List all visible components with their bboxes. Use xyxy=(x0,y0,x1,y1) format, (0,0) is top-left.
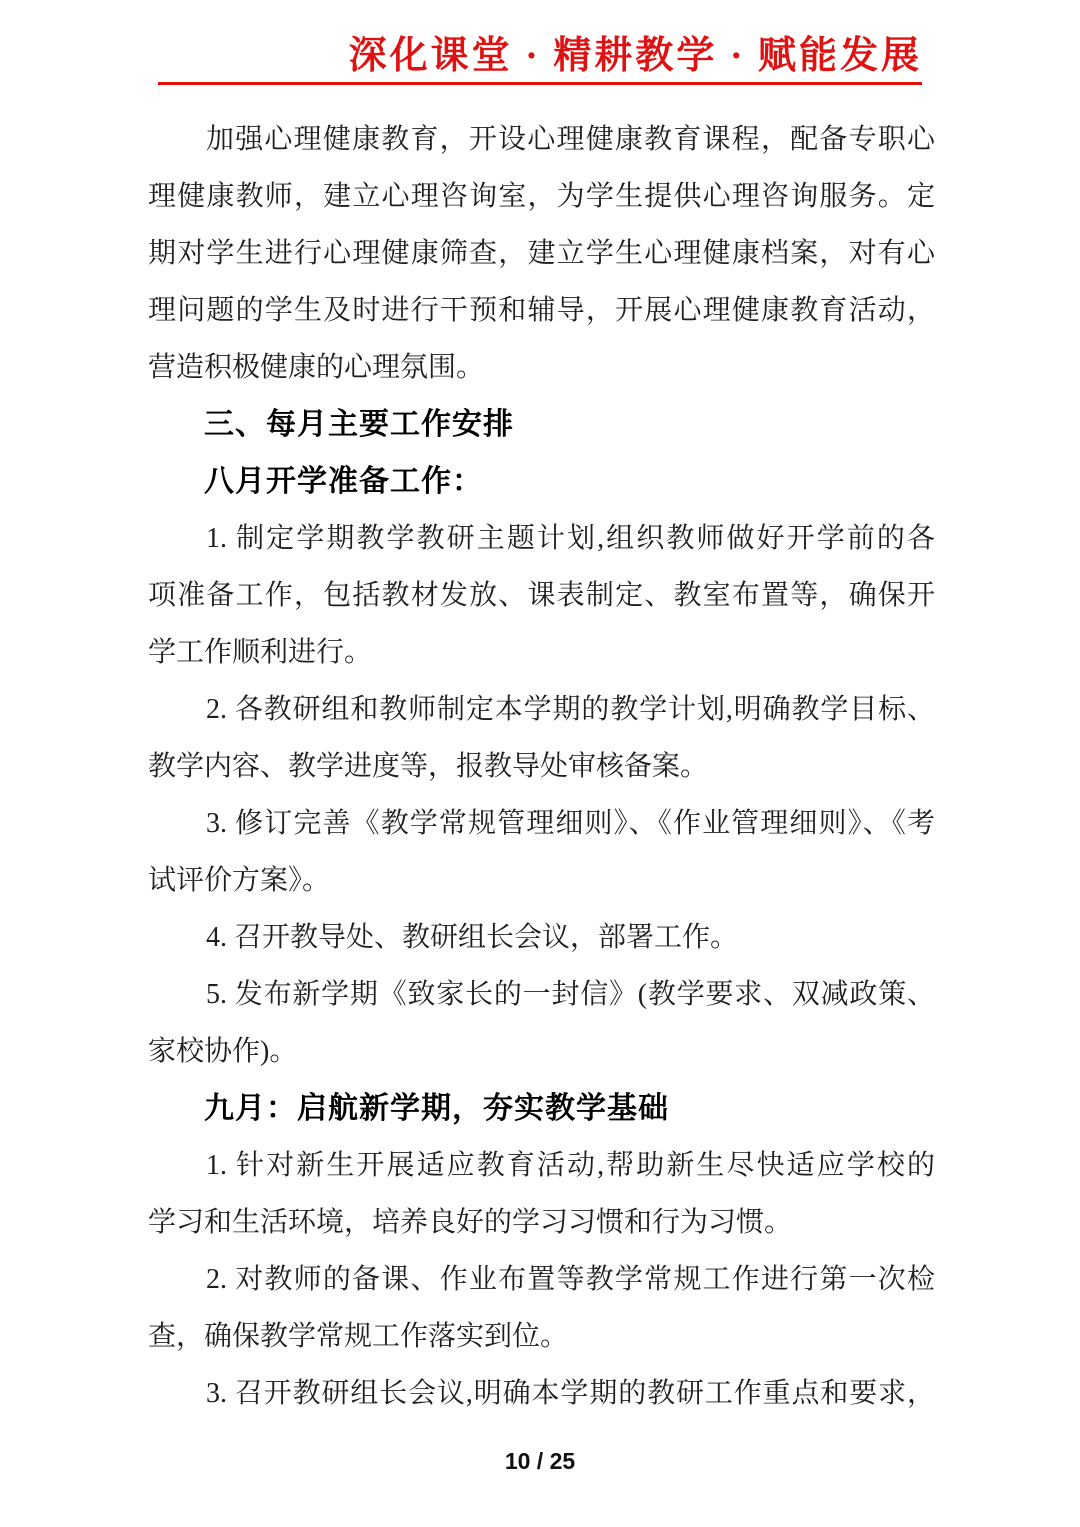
document-body: 加强心理健康教育，开设心理健康教育课程，配备专职心理健康教师，建立心理咨询室，为… xyxy=(148,111,935,1422)
text-line: 学习和生活环境，培养良好的学习习惯和行为习惯。 xyxy=(148,1194,935,1251)
header-underline xyxy=(158,82,922,85)
text-line: 4. 召开教导处、教研组长会议，部署工作。 xyxy=(148,909,935,966)
section-heading: 三、每月主要工作安排 xyxy=(148,396,935,453)
text-line: 2. 各教研组和教师制定本学期的教学计划,明确教学目标、 xyxy=(148,681,935,738)
text-line: 项准备工作，包括教材发放、课表制定、教室布置等，确保开 xyxy=(148,567,935,624)
section-heading: 八月开学准备工作： xyxy=(148,453,935,510)
text-line: 2. 对教师的备课、作业布置等教学常规工作进行第一次检 xyxy=(148,1251,935,1308)
header-title: 深化课堂 · 精耕教学 · 赋能发展 xyxy=(158,30,922,82)
text-line: 营造积极健康的心理氛围。 xyxy=(148,339,935,396)
page-number: 10 / 25 xyxy=(505,1448,575,1474)
text-line: 家校协作)。 xyxy=(148,1023,935,1080)
text-line: 查，确保教学常规工作落实到位。 xyxy=(148,1308,935,1365)
text-line: 期对学生进行心理健康筛查，建立学生心理健康档案，对有心 xyxy=(148,225,935,282)
text-line: 3. 修订完善《教学常规管理细则》、《作业管理细则》、《考 xyxy=(148,795,935,852)
text-line: 理健康教师，建立心理咨询室，为学生提供心理咨询服务。定 xyxy=(148,168,935,225)
text-line: 学工作顺利进行。 xyxy=(148,624,935,681)
text-line: 5. 发布新学期《致家长的一封信》(教学要求、双减政策、 xyxy=(148,966,935,1023)
text-line: 教学内容、教学进度等，报教导处审核备案。 xyxy=(148,738,935,795)
page-footer: 10 / 25 xyxy=(0,1448,1080,1475)
text-line: 1. 制定学期教学教研主题计划,组织教师做好开学前的各 xyxy=(148,510,935,567)
text-line: 1. 针对新生开展适应教育活动,帮助新生尽快适应学校的 xyxy=(148,1137,935,1194)
document-page: 深化课堂 · 精耕教学 · 赋能发展 加强心理健康教育，开设心理健康教育课程，配… xyxy=(0,0,1080,1527)
text-line: 试评价方案》。 xyxy=(148,852,935,909)
section-heading: 九月：启航新学期，夯实教学基础 xyxy=(148,1080,935,1137)
text-line: 加强心理健康教育，开设心理健康教育课程，配备专职心 xyxy=(148,111,935,168)
text-line: 3. 召开教研组长会议,明确本学期的教研工作重点和要求， xyxy=(148,1365,935,1422)
text-line: 理问题的学生及时进行干预和辅导，开展心理健康教育活动， xyxy=(148,282,935,339)
